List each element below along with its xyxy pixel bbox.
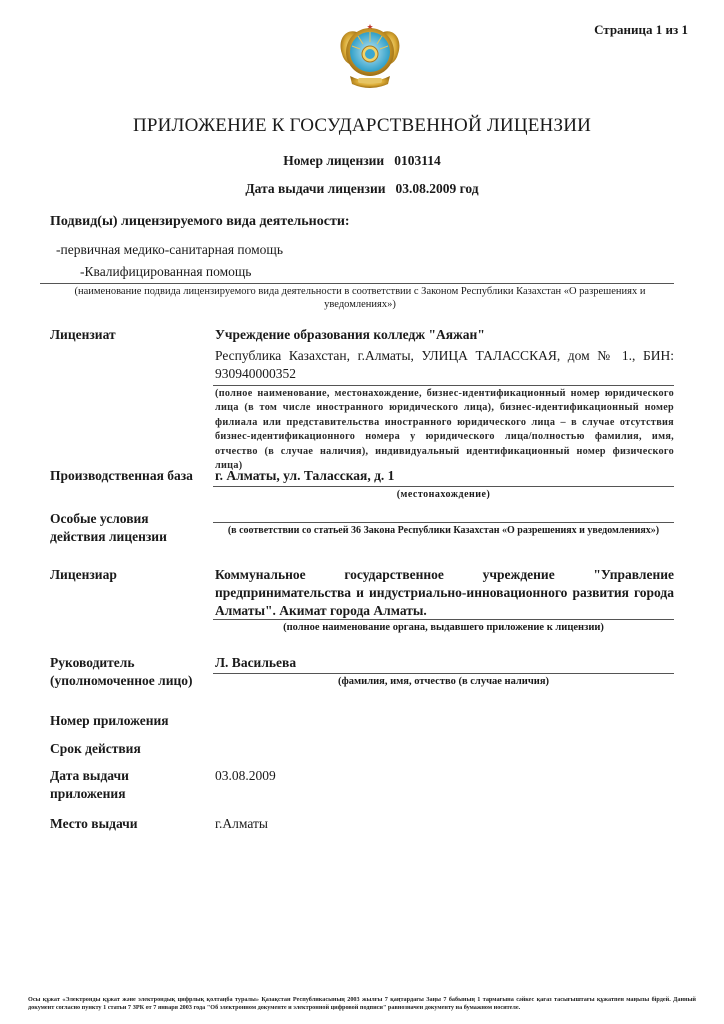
page-title: ПРИЛОЖЕНИЕ К ГОСУДАРСТВЕННОЙ ЛИЦЕНЗИИ [0,115,724,137]
divider [213,385,674,386]
issue-date-label-line2: приложения [50,785,129,803]
appendix-number-label: Номер приложения [50,712,169,730]
state-emblem-icon [330,14,410,94]
divider [213,522,674,523]
special-conditions-caption: (в соответствии со статьей 36 Закона Рес… [213,524,674,537]
special-conditions-label-line1: Особые условия [50,510,167,528]
production-base-caption: (местонахождение) [213,488,674,501]
validity-label: Срок действия [50,740,141,758]
production-base-value: г. Алматы, ул. Таласская, д. 1 [215,467,674,485]
divider [213,673,674,674]
divider [213,619,674,620]
special-conditions-label-line2: действия лицензии [50,528,167,546]
production-base-label: Производственная база [50,467,193,485]
licensee-address: Республика Казахстан, г.Алматы, УЛИЦА ТА… [215,347,674,383]
licensee-label: Лицензиат [50,326,116,344]
issue-date-value: 03.08.2009 [215,767,674,785]
licensor-caption: (полное наименование органа, выдавшего п… [213,621,674,634]
divider [213,486,674,487]
issue-date-label-line1: Дата выдачи [50,767,129,785]
head-label: Руководитель (уполномоченное лицо) [50,654,193,690]
license-date-row: Дата выдачи лицензии03.08.2009 год [0,181,724,197]
license-date-label: Дата выдачи лицензии [245,181,385,196]
license-date-value: 03.08.2009 год [396,181,479,196]
head-label-line2: (уполномоченное лицо) [50,672,193,690]
subtypes-caption: (наименование подвида лицензируемого вид… [40,285,680,311]
license-number-label: Номер лицензии [283,153,384,168]
special-conditions-label: Особые условия действия лицензии [50,510,167,546]
head-value: Л. Васильева [215,654,674,672]
subtype-item: -первичная медико-санитарная помощь [56,242,283,258]
place-value: г.Алматы [215,815,674,833]
page-indicator: Страница 1 из 1 [594,22,688,38]
legal-footer: Осы құжат «Электронды құжат және электро… [28,996,696,1012]
divider [40,283,674,284]
head-caption: (фамилия, имя, отчество (в случае наличи… [213,675,674,688]
license-number-row: Номер лицензии0103114 [0,153,724,169]
licensee-caption: (полное наименование, местонахождение, б… [215,387,674,473]
license-number-value: 0103114 [394,153,441,168]
licensee-name: Учреждение образования колледж "Аяжан" [215,326,674,344]
head-label-line1: Руководитель [50,654,193,672]
licensor-label: Лицензиар [50,566,117,584]
subtypes-heading: Подвид(ы) лицензируемого вида деятельнос… [50,214,350,230]
issue-date-label: Дата выдачи приложения [50,767,129,803]
subtype-item: -Квалифицированная помощь [80,264,251,280]
place-label: Место выдачи [50,815,138,833]
licensor-value: Коммунальное государственное учреждение … [215,566,674,620]
